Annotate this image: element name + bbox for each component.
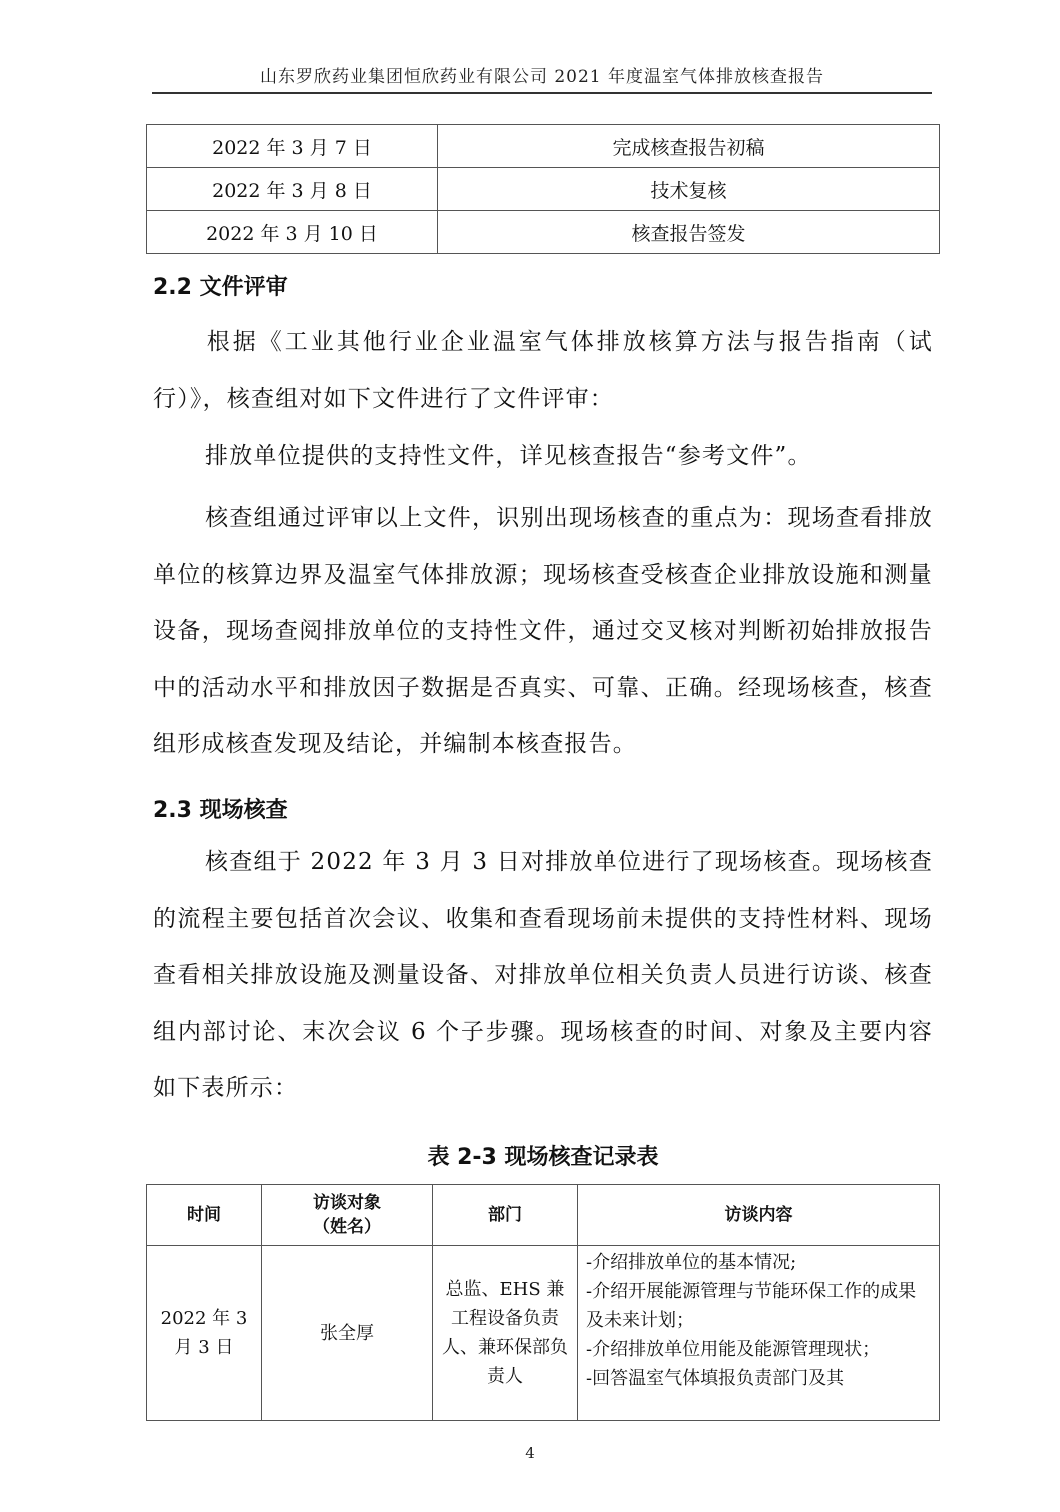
schedule-table: 2022 年 3 月 7 日 完成核查报告初稿 2022 年 3 月 8 日 技… [146, 124, 940, 254]
schedule-date: 2022 年 3 月 7 日 [147, 125, 438, 168]
paragraph: 核查组通过评审以上文件，识别出现场核查的重点为：现场查看排放单位的核算边界及温室… [153, 490, 933, 773]
page-header-title: 山东罗欣药业集团恒欣药业有限公司 2021 年度温室气体排放核查报告 [152, 62, 932, 87]
content-line: -介绍排放单位的基本情况; [586, 1248, 933, 1277]
record-table: 时间 访谈对象 （姓名） 部门 访谈内容 2022 年 3 月 3 日 张全厚 … [146, 1184, 940, 1421]
schedule-task: 技术复核 [438, 168, 940, 211]
paragraph-text: 排放单位提供的支持性文件，详见核查报告“参考文件”。 [205, 443, 812, 469]
table-row: 2022 年 3 月 10 日 核查报告签发 [147, 211, 940, 254]
section-heading-2-3: 2.3 现场核查 [153, 793, 288, 824]
table-caption: 表 2-3 现场核查记录表 [146, 1140, 940, 1171]
table-row: 2022 年 3 月 8 日 技术复核 [147, 168, 940, 211]
section-heading-2-2: 2.2 文件评审 [153, 270, 288, 301]
paragraph: 排放单位提供的支持性文件，详见核查报告“参考文件”。 [153, 428, 933, 485]
content-line: -介绍开展能源管理与节能环保工作的成果及未来计划； [586, 1277, 933, 1335]
schedule-date: 2022 年 3 月 10 日 [147, 211, 438, 254]
header-rule [152, 92, 932, 94]
paragraph: 核查组于 2022 年 3 月 3 日对排放单位进行了现场核查。现场核查的流程主… [153, 834, 933, 1117]
table-row: 2022 年 3 月 3 日 张全厚 总监、EHS 兼工程设备负责人、兼环保部负… [147, 1246, 940, 1421]
content-line: -回答温室气体填报负责部门及其 [586, 1364, 933, 1393]
cell-department: 总监、EHS 兼工程设备负责人、兼环保部负责人 [433, 1246, 578, 1421]
page-number: 4 [0, 1444, 1060, 1462]
cell-content: -介绍排放单位的基本情况; -介绍开展能源管理与节能环保工作的成果及未来计划； … [578, 1246, 940, 1421]
paragraph-text: 核查组通过评审以上文件，识别出现场核查的重点为：现场查看排放单位的核算边界及温室… [153, 505, 933, 757]
paragraph: 根据《工业其他行业企业温室气体排放核算方法与报告指南（试行）》，核查组对如下文件… [153, 314, 933, 427]
table-header-row: 时间 访谈对象 （姓名） 部门 访谈内容 [147, 1185, 940, 1246]
column-header-department: 部门 [433, 1185, 578, 1246]
schedule-task: 完成核查报告初稿 [438, 125, 940, 168]
column-header-interviewee: 访谈对象 （姓名） [262, 1185, 433, 1246]
content-line: -介绍排放单位用能及能源管理现状； [586, 1335, 933, 1364]
paragraph-text: 根据《工业其他行业企业温室气体排放核算方法与报告指南（试行）》，核查组对如下文件… [153, 329, 933, 412]
schedule-task: 核查报告签发 [438, 211, 940, 254]
table-row: 2022 年 3 月 7 日 完成核查报告初稿 [147, 125, 940, 168]
cell-time: 2022 年 3 月 3 日 [147, 1246, 262, 1421]
schedule-date: 2022 年 3 月 8 日 [147, 168, 438, 211]
cell-interviewee: 张全厚 [262, 1246, 433, 1421]
paragraph-text: 核查组于 2022 年 3 月 3 日对排放单位进行了现场核查。现场核查的流程主… [153, 849, 933, 1101]
column-header-time: 时间 [147, 1185, 262, 1246]
column-header-content: 访谈内容 [578, 1185, 940, 1246]
